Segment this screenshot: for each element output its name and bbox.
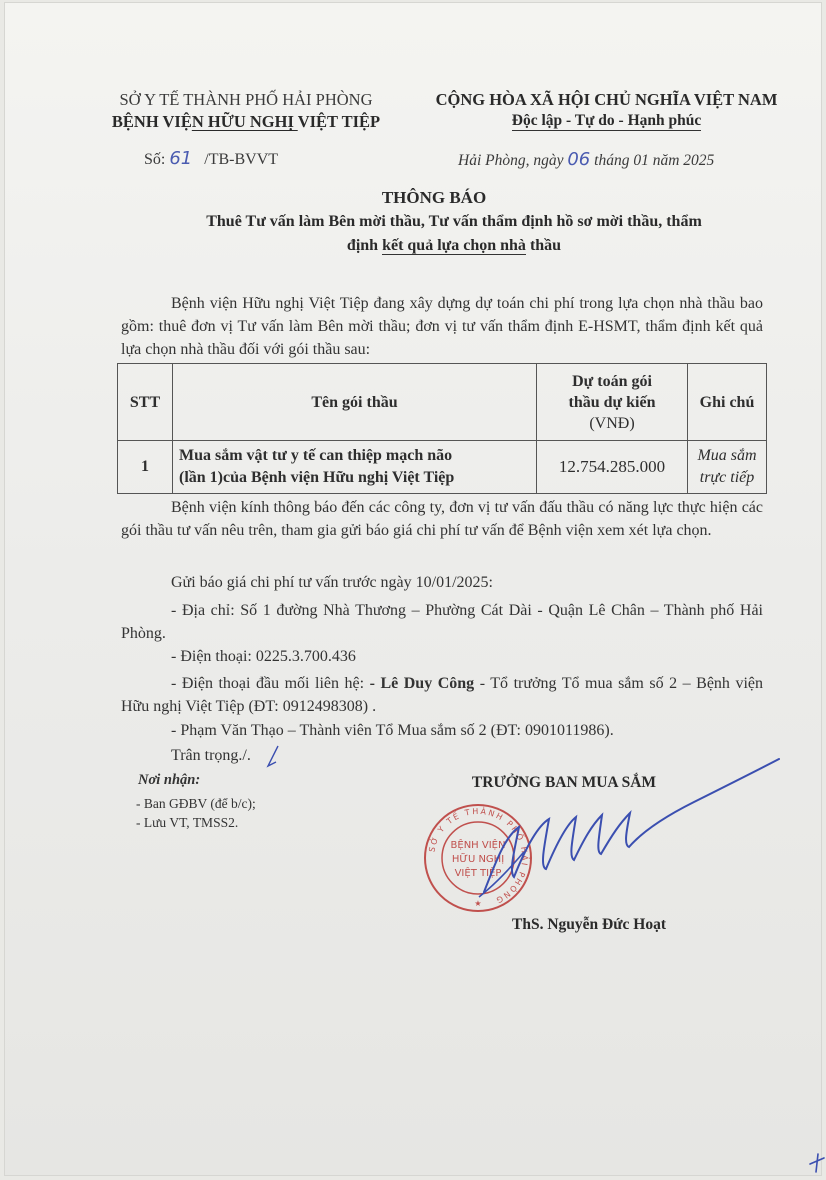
subtitle-line2-underlined: kết quả lựa chọn nhà [382,237,526,255]
handwritten-day: 06 [567,149,590,170]
cell-estimate: 12.754.285.000 [537,441,688,494]
package-name-line1: Mua sắm vật tư y tế can thiệp mạch não [179,445,532,467]
package-name-line2: (lần 1)của Bệnh viện Hữu nghị Việt Tiệp [179,467,532,489]
motto-text: Độc lập - Tự do - Hạnh phúc [512,112,701,131]
header-estimate-line3: (VNĐ) [541,413,683,434]
hospital-name: BỆNH VIỆN HỮU NGHỊ VIỆT TIỆP [96,112,396,132]
document-subtitle: Thuê Tư vấn làm Bên mời thầu, Tư vấn thẩ… [114,210,794,258]
national-title: CỘNG HÒA XÃ HỘI CHỦ NGHĨA VIỆT NAM [414,90,799,110]
national-motto: Độc lập - Tự do - Hạnh phúc [414,112,799,130]
hospital-name-part1: BỆNH VIỆ [112,112,192,131]
cell-package-name: Mua sắm vật tư y tế can thiệp mạch não (… [173,441,537,494]
recipient-item: - Lưu VT, TMSS2. [136,815,238,831]
header-estimate: Dự toán gói thầu dự kiến (VNĐ) [537,364,688,441]
agency-name: SỞ Y TẾ THÀNH PHỐ HẢI PHÒNG [100,90,392,110]
recipients-title: Nơi nhận: [138,772,200,789]
document-number: Số: 61 /TB-BVVT [144,148,278,169]
notice-paragraph: Bệnh viện kính thông báo đến các công ty… [121,496,763,542]
recipient-item: - Ban GĐBV (để b/c); [136,796,256,812]
number-suffix: /TB-BVVT [204,151,278,168]
handwritten-mark-icon [804,1150,826,1174]
header-estimate-line2: thầu dự kiến [541,392,683,413]
hospital-name-part3: VIỆT TIỆP [298,112,380,131]
header-estimate-line1: Dự toán gói [541,371,683,392]
note-line1: Mua sắm [692,445,762,467]
subtitle-line1: Thuê Tư vấn làm Bên mời thầu, Tư vấn thẩ… [114,210,794,234]
subtitle-line2-pre: định [347,237,382,254]
contact2-line: - Phạm Văn Thạo – Thành viên Tổ Mua sắm … [121,719,763,742]
handwritten-tick-icon [264,744,284,768]
subtitle-line2-post: thầu [526,237,561,254]
handwritten-signature-icon [464,757,784,907]
document-page: SỞ Y TẾ THÀNH PHỐ HẢI PHÒNG BỆNH VIỆN HỮ… [4,2,822,1176]
table-row: 1 Mua sắm vật tư y tế can thiệp mạch não… [118,441,767,494]
document-date: Hải Phòng, ngày 06 tháng 01 năm 2025 [458,149,714,170]
header-package-name: Tên gói thầu [173,364,537,441]
signer-name: ThS. Nguyễn Đức Hoạt [444,916,734,934]
contact-person: - Lê Duy Công [370,675,475,692]
number-label: Số: [144,151,165,168]
address-line: - Địa chỉ: Số 1 đường Nhà Thương – Phườn… [121,599,763,645]
table-header-row: STT Tên gói thầu Dự toán gói thầu dự kiế… [118,364,767,441]
cell-note: Mua sắm trực tiếp [688,441,767,494]
deadline-line: Gửi báo giá chi phí tư vấn trước ngày 10… [121,571,763,594]
note-line2: trực tiếp [692,467,762,489]
intro-paragraph: Bệnh viện Hữu nghị Việt Tiệp đang xây dự… [121,292,763,361]
phone-line: - Điện thoại: 0225.3.700.436 [121,645,763,668]
header-note: Ghi chú [688,364,767,441]
contact-line: - Điện thoại đầu mối liên hệ: - Lê Duy C… [121,672,763,718]
date-suffix: tháng 01 năm 2025 [594,152,714,169]
handwritten-number: 61 [169,148,192,169]
cell-stt: 1 [118,441,173,494]
hospital-name-part2: N HỮU NGHỊ [192,112,298,131]
subtitle-line2: định kết quả lựa chọn nhà thầu [114,234,794,258]
document-title: THÔNG BÁO [104,188,764,208]
package-table: STT Tên gói thầu Dự toán gói thầu dự kiế… [117,363,767,494]
date-prefix: Hải Phòng, ngày [458,152,563,169]
header-stt: STT [118,364,173,441]
contact-prefix: - Điện thoại đầu mối liên hệ: [171,675,370,692]
